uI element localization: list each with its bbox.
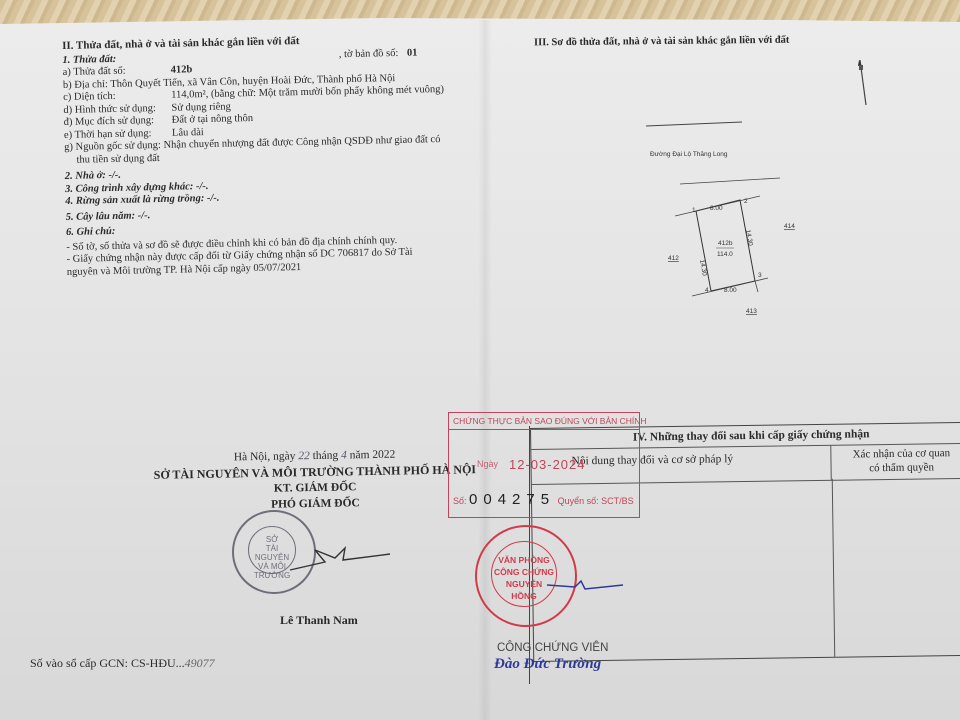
neighbor-bottom: 413 [746,308,757,315]
certification-stamp: CHỨNG THỰC BẢN SAO ĐÚNG VỚI BẢN CHÍNH Ng… [448,412,640,518]
road-label: Đường Đại Lộ Thăng Long [650,151,728,158]
registry-number: Số vào sổ cấp GCN: CS-HĐU...49077 [30,656,215,671]
road-line [646,122,742,126]
notary-name: Đào Đức Trường [494,656,601,673]
notary-signature [545,575,625,595]
parcel-id: 412b [718,240,733,247]
certification-date: 12-03-2024 [509,457,586,472]
edge-right: 14.30 [744,229,754,247]
land-heading: 1. Thửa đất: [62,53,116,65]
north-arrow-icon [858,60,866,105]
neighbor-right: 414 [784,223,795,230]
signature-scribble [285,540,395,580]
notary-label: CÔNG CHỨNG VIÊN [497,642,608,654]
parcel-number: 412b [171,64,193,75]
edge-bottom: 8.00 [724,287,737,294]
svg-text:2: 2 [744,198,748,205]
edge-left: 14.30 [698,259,708,277]
svg-text:1: 1 [692,207,696,214]
signature-block: Hà Nội, ngày 22 tháng 4 năm 2022 SỞ TÀI … [149,445,480,515]
parcel-diagram: Đường Đại Lộ Thăng Long 8.00 8.00 14.30 … [560,60,900,330]
certification-number: 004275 [469,491,555,508]
issue-day: 22 [298,450,310,462]
neighbor-left: 412 [668,255,679,262]
map-sheet-no: 01 [407,47,418,58]
edge-top: 8.00 [710,205,723,212]
parcel-area: 114.0 [717,251,733,258]
map-sheet-label: , tờ bản đồ số: [339,47,399,59]
svg-text:3: 3 [758,272,762,279]
issue-month: 4 [341,449,347,461]
signer-name: Lê Thanh Nam [280,613,358,628]
col-confirmation: Xác nhận của cơ quan có thẩm quyền [831,444,960,480]
section-ii: II. Thửa đất, nhà ở và tài sản khác gắn … [62,31,487,279]
svg-text:4: 4 [705,287,709,294]
